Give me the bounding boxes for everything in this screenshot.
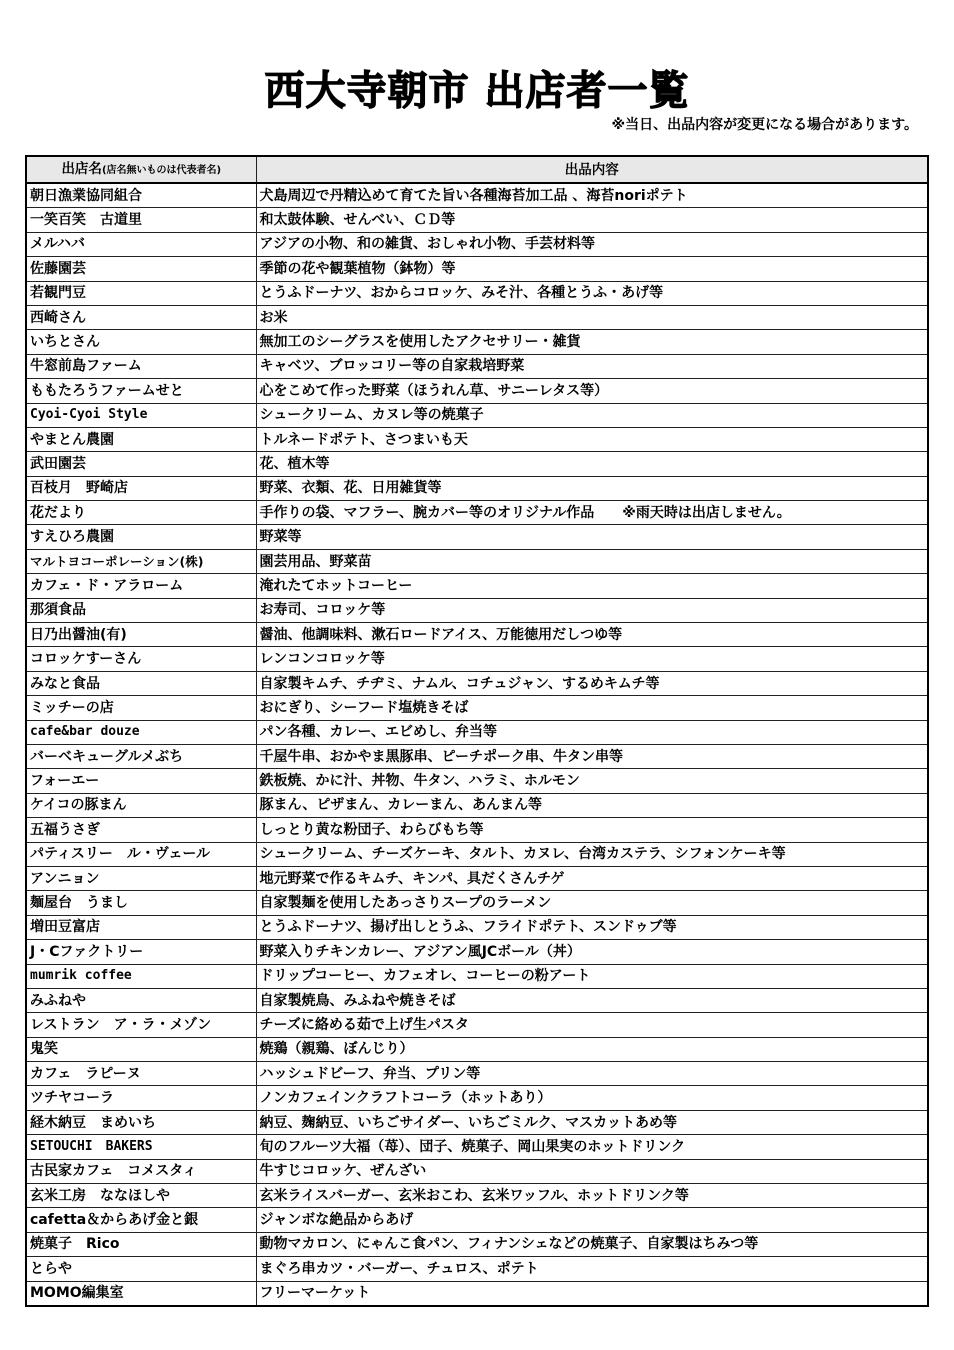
table-row: みふねや自家製焼鳥、みふねや焼きそば [26, 988, 928, 1012]
vendor-name-cell: ももたろうファームせと [26, 379, 256, 403]
table-row: 朝日漁業協同組合犬島周辺で丹精込めて育てた旨い各種海苔加工品 、海苔noriポテ… [26, 183, 928, 208]
vendor-name-cell: 麺屋台 うまし [26, 891, 256, 915]
product-content-cell: キャベツ、ブロッコリー等の自家栽培野菜 [256, 354, 928, 378]
vendor-name-cell: 一笑百笑 古道里 [26, 208, 256, 232]
table-row: 経木納豆 まめいち納豆、麹納豆、いちごサイダー、いちごミルク、マスカットあめ等 [26, 1110, 928, 1134]
product-content-cell: 鉄板焼、かに汁、丼物、牛タン、ハラミ、ホルモン [256, 769, 928, 793]
vendor-name-cell: みふねや [26, 988, 256, 1012]
table-row: Cyoi-Cyoi Styleシュークリーム、カヌレ等の焼菓子 [26, 403, 928, 427]
vendor-name-cell: 玄米工房 ななほしや [26, 1184, 256, 1208]
page-title: 西大寺朝市 出店者一覧 [0, 63, 954, 119]
table-row: バーベキューグルメぶち千屋牛串、おかやま黒豚串、ピーチポーク串、牛タン串等 [26, 744, 928, 768]
vendor-name-cell: 西崎さん [26, 305, 256, 329]
vendor-name-cell: J・Cファクトリー [26, 940, 256, 964]
vendor-name-cell: 佐藤園芸 [26, 257, 256, 281]
product-content-cell: チーズに絡める茹で上げ生パスタ [256, 1013, 928, 1037]
vendor-name-cell: メルハバ [26, 232, 256, 256]
product-content-cell: トルネードポテト、さつまいも天 [256, 427, 928, 451]
vendor-name-cell: ミッチーの店 [26, 696, 256, 720]
vendor-name-cell: とらや [26, 1257, 256, 1281]
product-content-cell: ジャンボな絶品からあげ [256, 1208, 928, 1232]
table-row: やまとん農園トルネードポテト、さつまいも天 [26, 427, 928, 451]
product-content-cell: 玄米ライスバーガー、玄米おこわ、玄米ワッフル、ホットドリンク等 [256, 1184, 928, 1208]
vendor-name-cell: 百枝月 野崎店 [26, 476, 256, 500]
product-content-cell: 千屋牛串、おかやま黒豚串、ピーチポーク串、牛タン串等 [256, 744, 928, 768]
vendor-name-cell: 武田園芸 [26, 452, 256, 476]
vendor-name-cell: ツチヤコーラ [26, 1086, 256, 1110]
product-content-cell: 豚まん、ピザまん、カレーまん、あんまん等 [256, 793, 928, 817]
product-content-cell: 園芸用品、野菜苗 [256, 549, 928, 573]
table-row: 焼菓子 Rico動物マカロン、にゃんこ食パン、フィナンシェなどの焼菓子、自家製は… [26, 1232, 928, 1256]
table-row: 百枝月 野崎店野菜、衣類、花、日用雑貨等 [26, 476, 928, 500]
table-row: コロッケすーさんレンコンコロッケ等 [26, 647, 928, 671]
vendor-name-cell: 牛窓前島ファーム [26, 354, 256, 378]
vendor-name-cell: 日乃出醤油(有) [26, 623, 256, 647]
product-content-cell: 野菜入りチキンカレー、アジアン風JCボール（丼） [256, 940, 928, 964]
table-row: ミッチーの店おにぎり、シーフード塩焼きそば [26, 696, 928, 720]
table-row: 花だより手作りの袋、マフラー、腕カバー等のオリジナル作品 ※雨天時は出店しません… [26, 501, 928, 525]
table-row: SETOUCHI BAKERS旬のフルーツ大福（苺）、団子、焼菓子、岡山果実のホ… [26, 1135, 928, 1159]
product-content-cell: アジアの小物、和の雑貨、おしゃれ小物、手芸材料等 [256, 232, 928, 256]
table-row: MOMO編集室フリーマーケット [26, 1281, 928, 1306]
product-content-cell: 牛すじコロッケ、ぜんざい [256, 1159, 928, 1183]
product-content-cell: まぐろ串カツ・バーガー、チュロス、ポテト [256, 1257, 928, 1281]
product-content-cell: ノンカフェインクラフトコーラ（ホットあり） [256, 1086, 928, 1110]
product-content-cell: お寿司、コロッケ等 [256, 598, 928, 622]
product-content-cell: ドリップコーヒー、カフェオレ、コーヒーの粉アート [256, 964, 928, 988]
table-row: フォーエー鉄板焼、かに汁、丼物、牛タン、ハラミ、ホルモン [26, 769, 928, 793]
product-content-cell: おにぎり、シーフード塩焼きそば [256, 696, 928, 720]
vendor-name-cell: バーベキューグルメぶち [26, 744, 256, 768]
header-product-content: 出品内容 [256, 156, 928, 183]
table-row: とらやまぐろ串カツ・バーガー、チュロス、ポテト [26, 1257, 928, 1281]
table-row: cafe&bar douzeパン各種、カレー、エビめし、弁当等 [26, 720, 928, 744]
vendor-name-cell: 焼菓子 Rico [26, 1232, 256, 1256]
product-content-cell: 醤油、他調味料、漱石ロードアイス、万能徳用だしつゆ等 [256, 623, 928, 647]
vendor-name-cell: レストラン ア・ラ・メゾン [26, 1013, 256, 1037]
vendor-name-cell: 朝日漁業協同組合 [26, 183, 256, 208]
header-vendor-name-main: 出店名 [61, 161, 102, 177]
vendor-name-cell: カフェ・ド・アラローム [26, 574, 256, 598]
product-content-cell: 野菜、衣類、花、日用雑貨等 [256, 476, 928, 500]
table-row: mumrik coffeeドリップコーヒー、カフェオレ、コーヒーの粉アート [26, 964, 928, 988]
product-content-cell: とうふドーナツ、揚げ出しとうふ、フライドポテト、スンドゥブ等 [256, 915, 928, 939]
product-content-cell: シュークリーム、カヌレ等の焼菓子 [256, 403, 928, 427]
vendor-name-cell: 那須食品 [26, 598, 256, 622]
product-content-cell: 動物マカロン、にゃんこ食パン、フィナンシェなどの焼菓子、自家製はちみつ等 [256, 1232, 928, 1256]
table-row: 那須食品お寿司、コロッケ等 [26, 598, 928, 622]
vendor-rows: 朝日漁業協同組合犬島周辺で丹精込めて育てた旨い各種海苔加工品 、海苔noriポテ… [26, 183, 928, 1306]
vendor-name-cell: Cyoi-Cyoi Style [26, 403, 256, 427]
table-row: 日乃出醤油(有)醤油、他調味料、漱石ロードアイス、万能徳用だしつゆ等 [26, 623, 928, 647]
product-content-cell: ハッシュドビーフ、弁当、プリン等 [256, 1062, 928, 1086]
product-content-cell: 地元野菜で作るキムチ、キンパ、具だくさんチゲ [256, 866, 928, 890]
product-content-cell: パン各種、カレー、エビめし、弁当等 [256, 720, 928, 744]
vendor-name-cell: 古民家カフェ コメスタィ [26, 1159, 256, 1183]
product-content-cell: 手作りの袋、マフラー、腕カバー等のオリジナル作品 ※雨天時は出店しません。 [256, 501, 928, 525]
product-content-cell: 野菜等 [256, 525, 928, 549]
product-content-cell: 自家製焼鳥、みふねや焼きそば [256, 988, 928, 1012]
table-row: 鬼笑焼鶏（親鶏、ぼんじり） [26, 1037, 928, 1061]
vendor-name-cell: 経木納豆 まめいち [26, 1110, 256, 1134]
vendor-name-cell: カフェ ラピーヌ [26, 1062, 256, 1086]
table-row: 西崎さんお米 [26, 305, 928, 329]
product-content-cell: 淹れたてホットコーヒー [256, 574, 928, 598]
vendor-name-cell: すえひろ農園 [26, 525, 256, 549]
table-row: ツチヤコーラノンカフェインクラフトコーラ（ホットあり） [26, 1086, 928, 1110]
table-row: ももたろうファームせと心をこめて作った野菜（ほうれん草、サニーレタス等） [26, 379, 928, 403]
vendor-name-cell: MOMO編集室 [26, 1281, 256, 1306]
vendor-name-cell: mumrik coffee [26, 964, 256, 988]
vendor-name-cell: SETOUCHI BAKERS [26, 1135, 256, 1159]
vendor-name-cell: cafetta＆からあげ金と銀 [26, 1208, 256, 1232]
vendor-table: 出店名(店名無いものは代表者名) 出品内容 朝日漁業協同組合犬島周辺で丹精込めて… [25, 155, 929, 1307]
product-content-cell: 自家製キムチ、チヂミ、ナムル、コチュジャン、するめキムチ等 [256, 671, 928, 695]
table-row: 麺屋台 うまし自家製麺を使用したあっさりスープのラーメン [26, 891, 928, 915]
table-row: すえひろ農園野菜等 [26, 525, 928, 549]
vendor-name-cell: マルトヨコーポレーション(株) [26, 549, 256, 573]
product-content-cell: しっとり黄な粉団子、わらびもち等 [256, 818, 928, 842]
table-row: 一笑百笑 古道里和太鼓体験、せんべい、ＣＤ等 [26, 208, 928, 232]
vendor-name-cell: 鬼笑 [26, 1037, 256, 1061]
table-row: アンニョン地元野菜で作るキムチ、キンパ、具だくさんチゲ [26, 866, 928, 890]
notice-text: ※当日、出品内容が変更になる場合があります。 [612, 115, 919, 135]
table-row: 五福うさぎしっとり黄な粉団子、わらびもち等 [26, 818, 928, 842]
vendor-name-cell: パティスリー ル・ヴェール [26, 842, 256, 866]
product-content-cell: 無加工のシーグラスを使用したアクセサリー・雑貨 [256, 330, 928, 354]
table-row: 佐藤園芸季節の花や観葉植物（鉢物）等 [26, 257, 928, 281]
product-content-cell: 犬島周辺で丹精込めて育てた旨い各種海苔加工品 、海苔noriポテト [256, 183, 928, 208]
vendor-name-cell: コロッケすーさん [26, 647, 256, 671]
table-row: 牛窓前島ファームキャベツ、ブロッコリー等の自家栽培野菜 [26, 354, 928, 378]
product-content-cell: 季節の花や観葉植物（鉢物）等 [256, 257, 928, 281]
table-row: マルトヨコーポレーション(株)園芸用品、野菜苗 [26, 549, 928, 573]
table-row: カフェ ラピーヌハッシュドビーフ、弁当、プリン等 [26, 1062, 928, 1086]
product-content-cell: 旬のフルーツ大福（苺）、団子、焼菓子、岡山果実のホットドリンク [256, 1135, 928, 1159]
product-content-cell: 納豆、麹納豆、いちごサイダー、いちごミルク、マスカットあめ等 [256, 1110, 928, 1134]
vendor-name-cell: いちとさん [26, 330, 256, 354]
product-content-cell: 焼鶏（親鶏、ぼんじり） [256, 1037, 928, 1061]
product-content-cell: 花、植木等 [256, 452, 928, 476]
table-row: カフェ・ド・アラローム淹れたてホットコーヒー [26, 574, 928, 598]
table-header-row: 出店名(店名無いものは代表者名) 出品内容 [26, 156, 928, 183]
product-content-cell: お米 [256, 305, 928, 329]
table-row: いちとさん無加工のシーグラスを使用したアクセサリー・雑貨 [26, 330, 928, 354]
vendor-name-cell: cafe&bar douze [26, 720, 256, 744]
vendor-name-cell: 増田豆富店 [26, 915, 256, 939]
table-row: パティスリー ル・ヴェールシュークリーム、チーズケーキ、タルト、カヌレ、台湾カス… [26, 842, 928, 866]
vendor-name-cell: フォーエー [26, 769, 256, 793]
table-row: メルハバアジアの小物、和の雑貨、おしゃれ小物、手芸材料等 [26, 232, 928, 256]
table-row: ケイコの豚まん豚まん、ピザまん、カレーまん、あんまん等 [26, 793, 928, 817]
table-row: 若観門豆とうふドーナツ、おからコロッケ、みそ汁、各種とうふ・あげ等 [26, 281, 928, 305]
header-vendor-name-note: (店名無いものは代表者名) [102, 165, 221, 176]
vendor-name-cell: アンニョン [26, 866, 256, 890]
table-row: J・Cファクトリー野菜入りチキンカレー、アジアン風JCボール（丼） [26, 940, 928, 964]
vendor-name-cell: ケイコの豚まん [26, 793, 256, 817]
table-row: みなと食品自家製キムチ、チヂミ、ナムル、コチュジャン、するめキムチ等 [26, 671, 928, 695]
vendor-name-cell: 花だより [26, 501, 256, 525]
product-content-cell: レンコンコロッケ等 [256, 647, 928, 671]
table-row: 玄米工房 ななほしや玄米ライスバーガー、玄米おこわ、玄米ワッフル、ホットドリンク… [26, 1184, 928, 1208]
product-content-cell: フリーマーケット [256, 1281, 928, 1306]
vendor-name-cell: 五福うさぎ [26, 818, 256, 842]
header-vendor-name: 出店名(店名無いものは代表者名) [26, 156, 256, 183]
product-content-cell: とうふドーナツ、おからコロッケ、みそ汁、各種とうふ・あげ等 [256, 281, 928, 305]
product-content-cell: 心をこめて作った野菜（ほうれん草、サニーレタス等） [256, 379, 928, 403]
product-content-cell: シュークリーム、チーズケーキ、タルト、カヌレ、台湾カステラ、シフォンケーキ等 [256, 842, 928, 866]
table-row: 古民家カフェ コメスタィ牛すじコロッケ、ぜんざい [26, 1159, 928, 1183]
table-row: 武田園芸花、植木等 [26, 452, 928, 476]
vendor-name-cell: 若観門豆 [26, 281, 256, 305]
table-row: cafetta＆からあげ金と銀ジャンボな絶品からあげ [26, 1208, 928, 1232]
vendor-name-cell: みなと食品 [26, 671, 256, 695]
table-row: レストラン ア・ラ・メゾンチーズに絡める茹で上げ生パスタ [26, 1013, 928, 1037]
product-content-cell: 自家製麺を使用したあっさりスープのラーメン [256, 891, 928, 915]
product-content-cell: 和太鼓体験、せんべい、ＣＤ等 [256, 208, 928, 232]
table-row: 増田豆富店とうふドーナツ、揚げ出しとうふ、フライドポテト、スンドゥブ等 [26, 915, 928, 939]
vendor-name-cell: やまとん農園 [26, 427, 256, 451]
